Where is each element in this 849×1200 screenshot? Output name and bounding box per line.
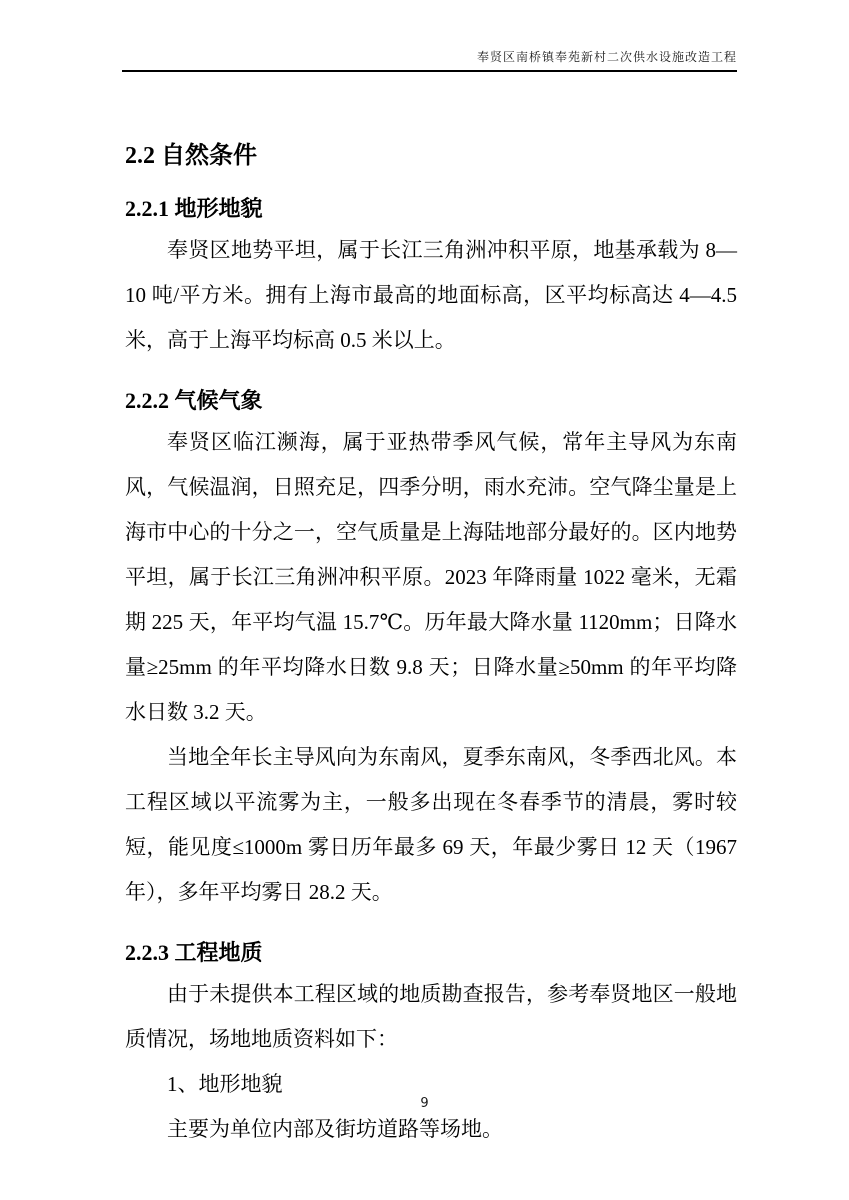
running-title: 奉贤区南桥镇奉苑新村二次供水设施改造工程 xyxy=(122,48,737,70)
paragraph: 主要为单位内部及街坊道路等场地。 xyxy=(125,1107,737,1152)
paragraph: 奉贤区临江濒海，属于亚热带季风气候，常年主导风为东南风，气候温润，日照充足，四季… xyxy=(125,420,737,735)
paragraph: 由于未提供本工程区域的地质勘查报告，参考奉贤地区一般地质情况，场地地质资料如下： xyxy=(125,972,737,1062)
section-heading-geology: 2.2.3 工程地质 xyxy=(125,939,737,966)
paragraph: 奉贤区地势平坦，属于长江三角洲冲积平原，地基承载为 8—10 吨/平方米。拥有上… xyxy=(125,228,737,363)
page-header: 奉贤区南桥镇奉苑新村二次供水设施改造工程 xyxy=(122,48,737,72)
header-rule xyxy=(122,70,737,72)
document-page: 奉贤区南桥镇奉苑新村二次供水设施改造工程 2.2 自然条件 2.2.1 地形地貌… xyxy=(0,0,849,1200)
paragraph: 当地全年长主导风向为东南风，夏季东南风，冬季西北风。本工程区域以平流雾为主，一般… xyxy=(125,735,737,915)
section-heading-climate: 2.2.2 气候气象 xyxy=(125,387,737,414)
section-climate: 2.2.2 气候气象 奉贤区临江濒海，属于亚热带季风气候，常年主导风为东南风，气… xyxy=(125,387,737,915)
section-terrain: 2.2.1 地形地貌 奉贤区地势平坦，属于长江三角洲冲积平原，地基承载为 8—1… xyxy=(125,195,737,363)
chapter-heading: 2.2 自然条件 xyxy=(125,141,737,171)
document-body: 2.2 自然条件 2.2.1 地形地貌 奉贤区地势平坦，属于长江三角洲冲积平原，… xyxy=(125,75,737,1152)
section-geology: 2.2.3 工程地质 由于未提供本工程区域的地质勘查报告，参考奉贤地区一般地质情… xyxy=(125,939,737,1152)
section-heading-terrain: 2.2.1 地形地貌 xyxy=(125,195,737,222)
page-number: 9 xyxy=(0,1096,849,1111)
